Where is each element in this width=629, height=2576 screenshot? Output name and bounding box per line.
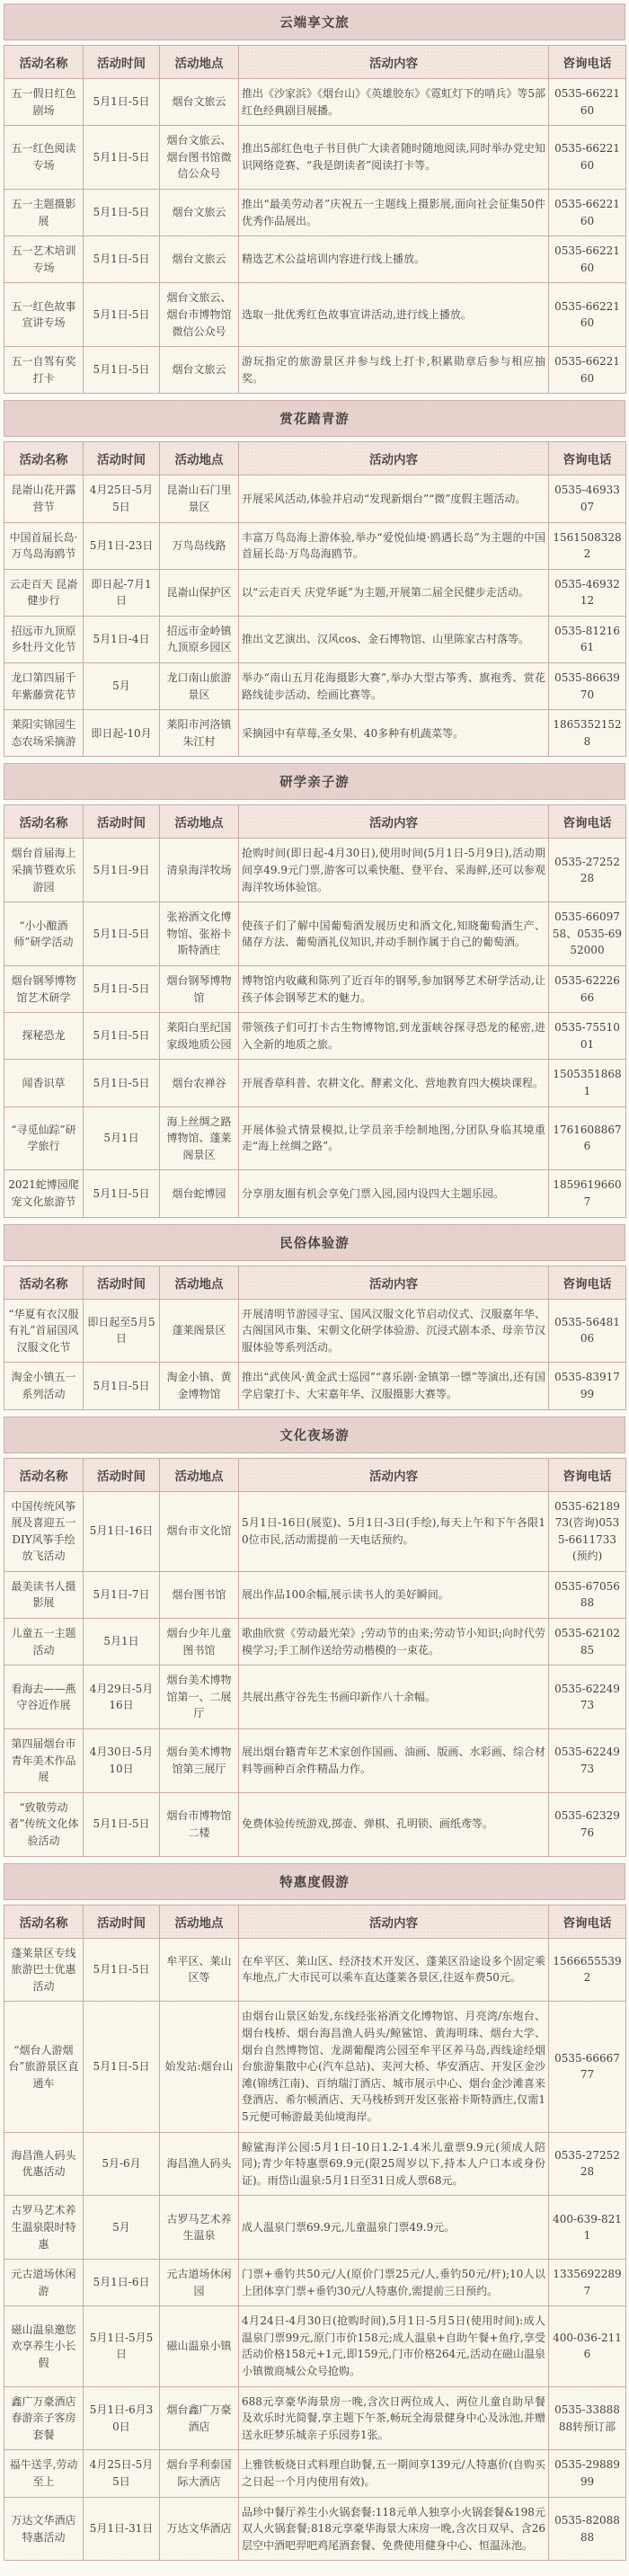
cell-activity-content: 游玩指定的旅游景区并参与线上打卡,积累勋章后参与相应抽奖。 <box>239 347 549 394</box>
cell-activity-content: 举办“南山五月花海摄影大赛”,举办大型古筝秀、旗袍秀、赏花路线徒步活动、绘画比赛… <box>239 663 549 710</box>
cell-phone: 0535-6622160 <box>549 189 626 235</box>
event-section: 文化夜场游活动名称活动时间活动地点活动内容咨询电话中国传统风筝展及喜迎五一DIY… <box>4 1417 625 1857</box>
cell-activity-time: 5月1日-5日 <box>84 1938 160 2002</box>
column-header-content: 活动内容 <box>239 46 549 79</box>
cell-activity-name: “致敬劳动者”传统文化体验活动 <box>4 1792 84 1856</box>
cell-phone: 0535-4693212 <box>549 569 626 616</box>
cell-activity-content: 4月24日-4月30日(抢购时间),5月1日-5月5日(使用时间):成人温泉门票… <box>239 2306 549 2386</box>
section-title: 文化夜场游 <box>4 1417 625 1453</box>
column-header-content: 活动内容 <box>239 1266 549 1299</box>
cell-activity-place: 烟台钢琴博物馆 <box>160 966 239 1013</box>
column-header-place: 活动地点 <box>160 1905 239 1938</box>
cell-activity-time: 5月1日-7日 <box>84 1571 160 1618</box>
cell-activity-content: 展出作品100余幅,展示读书人的美好瞬间。 <box>239 1571 549 1618</box>
cell-activity-content: 免费体验传统游戏,掷壶、弹棋、孔明锁、画纸鸢等。 <box>239 1792 549 1856</box>
cell-activity-name: 五一自驾有奖打卡 <box>4 347 84 394</box>
cell-activity-time: 5月-6月 <box>84 2132 160 2196</box>
cell-activity-place: 烟台美术博物馆第三展厅 <box>160 1729 239 1793</box>
cell-phone: 0535-8663970 <box>549 663 626 710</box>
event-row: 鑫广万豪酒店春游亲子客房套餐5月1日-6月30日烟台鑫广万豪酒店688元享豪华海… <box>4 2386 626 2450</box>
cell-activity-name: 昆嵛山花开露营节 <box>4 475 84 522</box>
cell-activity-time: 5月1日 <box>84 1106 160 1170</box>
column-header-phone: 咨询电话 <box>549 1458 626 1491</box>
cell-phone: 0535-6222666 <box>549 966 626 1013</box>
column-header-phone: 咨询电话 <box>549 46 626 79</box>
cell-activity-time: 5月1日-23日 <box>84 522 160 569</box>
event-row: 闻香识草5月1日-5日烟台农禅谷开展香草科普、农耕文化、酵素文化、营地教育四大模… <box>4 1060 626 1106</box>
cell-activity-name: 元古道场休闲游 <box>4 2260 84 2306</box>
cell-activity-name: 烟台首届海上采摘节暨欢乐游园 <box>4 839 84 902</box>
column-header-place: 活动地点 <box>160 46 239 79</box>
cell-phone: 0535-8121661 <box>549 616 626 662</box>
cell-phone: 15666555392 <box>549 1938 626 2002</box>
events-table: 活动名称活动时间活动地点活动内容咨询电话烟台首届海上采摘节暨欢乐游园5月1日-9… <box>4 804 626 1217</box>
cell-activity-content: 开展体验式情景模拟,让学员亲手绘制地图,分团队身临其境重走“海上丝绸之路”。 <box>239 1106 549 1170</box>
cell-activity-name: 五一红色故事宣讲专场 <box>4 283 84 347</box>
cell-activity-time: 5月1日-5日 <box>84 1170 160 1217</box>
cell-activity-content: 带领孩子们可打卡古生物博物馆,到龙蛋峡谷探寻恐龙的秘密,进入全新的地质之旅。 <box>239 1013 549 1060</box>
cell-activity-place: 烟台文旅云 <box>160 236 239 283</box>
cell-activity-time: 4月30日-5月10日 <box>84 1729 160 1793</box>
cell-activity-time: 5月1日-5日 <box>84 1363 160 1409</box>
cell-activity-name: 海昌渔人码头优惠活动 <box>4 2132 84 2196</box>
event-row: 万达文华酒店特惠活动5月1日-31日万达文华酒店品珍中餐厅养生小火锅套餐:118… <box>4 2497 626 2561</box>
cell-activity-place: 海昌渔人码头 <box>160 2132 239 2196</box>
column-header-row: 活动名称活动时间活动地点活动内容咨询电话 <box>4 46 626 79</box>
cell-activity-place: 烟台文旅云 <box>160 347 239 394</box>
cell-activity-time: 5月1日-6月30日 <box>84 2386 160 2450</box>
event-row: 福牛送孚,劳动至上4月25日-5月5日烟台孚利泰国际大酒店上雅铁板烧日式料理自助… <box>4 2450 626 2497</box>
cell-activity-place: 烟台市文化馆 <box>160 1491 239 1571</box>
event-section: 云端享文旅活动名称活动时间活动地点活动内容咨询电话五一假日红色剧场5月1日-5日… <box>4 4 625 394</box>
cell-phone: 0535-2725228 <box>549 839 626 902</box>
cell-activity-name: 五一假日红色剧场 <box>4 79 84 126</box>
section-title: 民俗体验游 <box>4 1224 625 1261</box>
cell-activity-time: 即日起至5月5日 <box>84 1299 160 1363</box>
cell-activity-place: 烟台文旅云、烟台市博物馆微信公众号 <box>160 283 239 347</box>
event-row: 五一艺术培训专场5月1日-5日烟台文旅云精选艺术公益培训内容进行线上播放。053… <box>4 236 626 283</box>
cell-phone: 0535-6622160 <box>549 347 626 394</box>
cell-activity-place: 烟台蛇博园 <box>160 1170 239 1217</box>
cell-activity-time: 5月 <box>84 663 160 710</box>
event-row: 五一主题摄影展5月1日-5日烟台文旅云推出“最美劳动者”庆祝五一主题线上摄影展,… <box>4 189 626 235</box>
cell-activity-content: 688元享豪华海景房一晚,含次日两位成人、两位儿童自助早餐及欢乐时光简餐,享主题… <box>239 2386 549 2450</box>
event-row: 蓬莱景区专线旅游巴士优惠活动5月1日-5日牟平区、莱山区等在牟平区、莱山区、经济… <box>4 1938 626 2002</box>
cell-activity-place: 蓬莱阁景区 <box>160 1299 239 1363</box>
event-row: “小小酿酒师”研学活动5月1日-5日张裕酒文化博物馆、张裕卡斯特酒庄使孩子们了解… <box>4 902 626 966</box>
event-row: 莱阳实锦园生态农场采摘游即日起-10月莱阳市河洛镇朱江村采摘园中有草莓,圣女果、… <box>4 710 626 757</box>
cell-activity-time: 5月 <box>84 2196 160 2260</box>
event-row: 昆嵛山花开露营节4月25日-5月5日昆嵛山石门里景区开展采风活动,体验并启动“发… <box>4 475 626 522</box>
cell-phone: 0535-6224973 <box>549 1666 626 1729</box>
cell-activity-place: 昆嵛山保护区 <box>160 569 239 616</box>
cell-phone: 0535-6210285 <box>549 1619 626 1666</box>
cell-activity-place: 烟台孚利泰国际大酒店 <box>160 2450 239 2497</box>
cell-activity-place: 烟台鑫广万豪酒店 <box>160 2386 239 2450</box>
column-header-phone: 咨询电话 <box>549 805 626 839</box>
cell-activity-time: 5月1日-9日 <box>84 839 160 902</box>
cell-activity-place: 烟台图书馆 <box>160 1571 239 1618</box>
event-row: 古罗马艺术养生温泉限时特惠5月古罗马艺术养生温泉成人温泉门票69.9元,儿童温泉… <box>4 2196 626 2260</box>
event-row: 五一自驾有奖打卡5月1日-5日烟台文旅云游玩指定的旅游景区并参与线上打卡,积累勋… <box>4 347 626 394</box>
cell-activity-place: 万鸟岛线路 <box>160 522 239 569</box>
cell-activity-name: 龙口第四届千年紫藤赏花节 <box>4 663 84 710</box>
cell-phone: 0535-6622160 <box>549 79 626 126</box>
cell-activity-place: 清泉海洋牧场 <box>160 839 239 902</box>
cell-activity-content: 在牟平区、莱山区、经济技术开发区、蓬莱区沿途设多个固定乘车地点,广大市民可以乘车… <box>239 1938 549 2002</box>
cell-activity-content: 推出5部红色电子书目供广大读者随时随地阅读,同时举办党史知识网络竞赛、“我是朗读… <box>239 126 549 190</box>
cell-phone: 0535-5648106 <box>549 1299 626 1363</box>
events-table: 活动名称活动时间活动地点活动内容咨询电话“华夏有衣汉服有礼”首届国风汉服文化节即… <box>4 1266 626 1410</box>
cell-activity-name: 淘金小镇五一系列活动 <box>4 1363 84 1409</box>
cell-phone: 18596196607 <box>549 1170 626 1217</box>
cell-activity-content: 品珍中餐厅养生小火锅套餐:118元单人独享小火锅套餐&198元双人火锅套餐;81… <box>239 2497 549 2561</box>
cell-activity-content: 推出文艺演出、汉风cos、金石博物馆、山里陈家古村落等。 <box>239 616 549 662</box>
cell-activity-content: 门票+垂钓共50元/人(原价门票25元/人,垂钓50元/杆);10人以上团体享门… <box>239 2260 549 2306</box>
event-section: 研学亲子游活动名称活动时间活动地点活动内容咨询电话烟台首届海上采摘节暨欢乐游园5… <box>4 763 625 1217</box>
column-header-name: 活动名称 <box>4 1905 84 1938</box>
cell-activity-time: 5月1日-5日 <box>84 1060 160 1106</box>
cell-activity-name: 福牛送孚,劳动至上 <box>4 2450 84 2497</box>
cell-activity-time: 5月1日-6日 <box>84 2260 160 2306</box>
cell-activity-place: 烟台农禅谷 <box>160 1060 239 1106</box>
event-row: 2021蛇博园爬宠文化旅游节5月1日-5日烟台蛇博园分享朋友圈有机会享免门票入园… <box>4 1170 626 1217</box>
column-header-name: 活动名称 <box>4 1458 84 1491</box>
cell-phone: 15053518681 <box>549 1060 626 1106</box>
event-row: 淘金小镇五一系列活动5月1日-5日淘金小镇、黄金博物馆推出“武侠风·黄金武士巡园… <box>4 1363 626 1409</box>
cell-activity-name: 探秘恐龙 <box>4 1013 84 1060</box>
cell-activity-content: 使孩子们了解中国葡萄酒发展历史和酒文化,知晓葡萄酒生产、储存方法、葡萄酒礼仪知识… <box>239 902 549 966</box>
cell-activity-name: “寻觅仙踪”研学旅行 <box>4 1106 84 1170</box>
cell-activity-name: 中国首届长岛·万鸟岛海鸥节 <box>4 522 84 569</box>
column-header-phone: 咨询电话 <box>549 1266 626 1299</box>
events-table: 活动名称活动时间活动地点活动内容咨询电话蓬莱景区专线旅游巴士优惠活动5月1日-5… <box>4 1905 626 2562</box>
cell-activity-place: 张裕酒文化博物馆、张裕卡斯特酒庄 <box>160 902 239 966</box>
cell-activity-place: 磁山温泉小镇 <box>160 2306 239 2386</box>
cell-activity-time: 4月29日-5月16日 <box>84 1666 160 1729</box>
cell-activity-content: 采摘园中有草莓,圣女果、40多种有机蔬菜等。 <box>239 710 549 757</box>
event-row: 烟台钢琴博物馆艺术研学5月1日-5日烟台钢琴博物馆博物馆内收藏和陈列了近百年的钢… <box>4 966 626 1013</box>
event-section: 民俗体验游活动名称活动时间活动地点活动内容咨询电话“华夏有衣汉服有礼”首届国风汉… <box>4 1224 625 1410</box>
cell-activity-place: 元古道场休闲园 <box>160 2260 239 2306</box>
cell-activity-time: 5月1日-5日 <box>84 236 160 283</box>
cell-phone: 0535-6232976 <box>549 1792 626 1856</box>
section-title: 研学亲子游 <box>4 763 625 800</box>
cell-activity-content: 推出《沙家浜》《烟台山》《英雄胶东》《霓虹灯下的哨兵》等5部红色经典剧目展播。 <box>239 79 549 126</box>
cell-activity-name: 烟台钢琴博物馆艺术研学 <box>4 966 84 1013</box>
cell-activity-time: 5月1日-5日 <box>84 283 160 347</box>
event-row: 五一红色阅读专场5月1日-5日烟台文旅云、烟台图书馆微信公众号推出5部红色电子书… <box>4 126 626 190</box>
cell-activity-name: 莱阳实锦园生态农场采摘游 <box>4 710 84 757</box>
cell-activity-content: 共展出燕守谷先生书画印新作八十余幅。 <box>239 1666 549 1729</box>
event-row: “致敬劳动者”传统文化体验活动5月1日-5日烟台市博物馆二楼免费体验传统游戏,掷… <box>4 1792 626 1856</box>
cell-activity-time: 5月1日-5日 <box>84 1792 160 1856</box>
cell-activity-name: 中国传统风筝展及喜迎五一DIY风筝手绘放飞活动 <box>4 1491 84 1571</box>
cell-activity-content: 推出“武侠风·黄金武士巡园”“喜乐剧·金镇第一镖”等演出,还有国学启蒙打卡、大宋… <box>239 1363 549 1409</box>
section-title: 云端享文旅 <box>4 4 625 40</box>
cell-activity-content: 鲸鲨海洋公园:5月1日-10日1.2-1.4米儿童票9.9元(须成人陪同);青少… <box>239 2132 549 2196</box>
cell-activity-name: 第四届烟台市青年美术作品展 <box>4 1729 84 1793</box>
cell-activity-content: 丰富万鸟岛海上游体验,举办“爱悦仙境·鸥遇长岛”为主题的中国首届长岛·万鸟岛海鸥… <box>239 522 549 569</box>
cell-activity-place: 烟台美术博物馆第一、二展厅 <box>160 1666 239 1729</box>
cell-activity-place: 烟台文旅云 <box>160 79 239 126</box>
cell-activity-time: 即日起-7月1日 <box>84 569 160 616</box>
column-header-phone: 咨询电话 <box>549 442 626 475</box>
events-table: 活动名称活动时间活动地点活动内容咨询电话五一假日红色剧场5月1日-5日烟台文旅云… <box>4 45 626 394</box>
cell-phone: 18653521528 <box>549 710 626 757</box>
column-header-row: 活动名称活动时间活动地点活动内容咨询电话 <box>4 442 626 475</box>
event-row: 看海去——燕守谷近作展4月29日-5月16日烟台美术博物馆第一、二展厅共展出燕守… <box>4 1666 626 1729</box>
column-header-content: 活动内容 <box>239 442 549 475</box>
cell-activity-time: 即日起-10月 <box>84 710 160 757</box>
column-header-content: 活动内容 <box>239 805 549 839</box>
cell-activity-time: 5月1日-16日 <box>84 1491 160 1571</box>
column-header-name: 活动名称 <box>4 805 84 839</box>
event-section: 特惠度假游活动名称活动时间活动地点活动内容咨询电话蓬莱景区专线旅游巴士优惠活动5… <box>4 1863 625 2562</box>
cell-phone: 0535-2725228 <box>549 2132 626 2196</box>
cell-activity-content: 开展清明节游园寻宝、国风汉服文化节启动仪式、汉服嘉年华、古阁国风市集、宋朝文化研… <box>239 1299 549 1363</box>
cell-activity-place: 古罗马艺术养生温泉 <box>160 2196 239 2260</box>
event-row: 儿童五一主题活动5月1日烟台少年儿童图书馆歌曲欣赏《劳动最光荣》;劳动节的由来;… <box>4 1619 626 1666</box>
column-header-place: 活动地点 <box>160 1458 239 1491</box>
column-header-time: 活动时间 <box>84 1458 160 1491</box>
cell-activity-place: 始发站:烟台山 <box>160 2002 239 2132</box>
cell-activity-time: 5月1日-5日 <box>84 347 160 394</box>
cell-activity-name: 2021蛇博园爬宠文化旅游节 <box>4 1170 84 1217</box>
column-header-row: 活动名称活动时间活动地点活动内容咨询电话 <box>4 1458 626 1491</box>
column-header-time: 活动时间 <box>84 805 160 839</box>
cell-activity-place: 万达文华酒店 <box>160 2497 239 2561</box>
cell-phone: 0535-2988999 <box>549 2450 626 2497</box>
cell-activity-name: 五一主题摄影展 <box>4 189 84 235</box>
cell-phone: 0535-6609758、0535-6952000 <box>549 902 626 966</box>
cell-phone: 0535-6224973 <box>549 1729 626 1793</box>
cell-activity-content: 抢购时间(即日起-4月30日),使用时间(5月1日-5月9日),活动期间享49.… <box>239 839 549 902</box>
cell-activity-content: 成人温泉门票69.9元,儿童温泉门票49.9元。 <box>239 2196 549 2260</box>
cell-activity-time: 5月1日-5日 <box>84 2002 160 2132</box>
cell-activity-time: 5月1日-5月5日 <box>84 2306 160 2386</box>
cell-activity-place: 莱阳白垩纪国家级地质公园 <box>160 1013 239 1060</box>
section-title: 特惠度假游 <box>4 1863 625 1900</box>
cell-phone: 15615083282 <box>549 522 626 569</box>
cell-activity-place: 招远市金岭镇九顶原乡园区 <box>160 616 239 662</box>
cell-activity-place: 牟平区、莱山区等 <box>160 1938 239 2002</box>
event-row: 烟台首届海上采摘节暨欢乐游园5月1日-9日清泉海洋牧场抢购时间(即日起-4月30… <box>4 839 626 902</box>
cell-activity-name: 万达文华酒店特惠活动 <box>4 2497 84 2561</box>
column-header-row: 活动名称活动时间活动地点活动内容咨询电话 <box>4 1266 626 1299</box>
events-table: 活动名称活动时间活动地点活动内容咨询电话中国传统风筝展及喜迎五一DIY风筝手绘放… <box>4 1458 626 1857</box>
column-header-phone: 咨询电话 <box>549 1905 626 1938</box>
cell-activity-place: 海上丝绸之路博物馆、蓬莱阁景区 <box>160 1106 239 1170</box>
cell-activity-name: “华夏有衣汉服有礼”首届国风汉服文化节 <box>4 1299 84 1363</box>
cell-activity-name: 看海去——燕守谷近作展 <box>4 1666 84 1729</box>
cell-phone: 400-036-2116 <box>549 2306 626 2386</box>
event-row: 五一假日红色剧场5月1日-5日烟台文旅云推出《沙家浜》《烟台山》《英雄胶东》《霓… <box>4 79 626 126</box>
event-row: “华夏有衣汉服有礼”首届国风汉服文化节即日起至5月5日蓬莱阁景区开展清明节游园寻… <box>4 1299 626 1363</box>
event-section: 赏花踏青游活动名称活动时间活动地点活动内容咨询电话昆嵛山花开露营节4月25日-5… <box>4 400 625 757</box>
cell-activity-time: 5月1日 <box>84 1619 160 1666</box>
event-row: 五一红色故事宣讲专场5月1日-5日烟台文旅云、烟台市博物馆微信公众号选取一批优秀… <box>4 283 626 347</box>
cell-activity-time: 4月25日-5月5日 <box>84 2450 160 2497</box>
cell-activity-place: 昆嵛山石门里景区 <box>160 475 239 522</box>
cell-activity-name: 磁山温泉邀您欢享养生小长假 <box>4 2306 84 2386</box>
cell-phone: 0535-6705688 <box>549 1571 626 1618</box>
cell-phone: 0535-6622160 <box>549 283 626 347</box>
cell-activity-name: 招远市九顶原乡牡丹文化节 <box>4 616 84 662</box>
event-row: 磁山温泉邀您欢享养生小长假5月1日-5月5日磁山温泉小镇4月24日-4月30日(… <box>4 2306 626 2386</box>
column-header-row: 活动名称活动时间活动地点活动内容咨询电话 <box>4 805 626 839</box>
column-header-content: 活动内容 <box>239 1905 549 1938</box>
cell-activity-name: 鑫广万豪酒店春游亲子客房套餐 <box>4 2386 84 2450</box>
column-header-name: 活动名称 <box>4 46 84 79</box>
cell-activity-content: 上雅铁板烧日式料理自助餐,五一期间享139元/人特惠价(自购买之日起一个月内使用… <box>239 2450 549 2497</box>
event-row: 龙口第四届千年紫藤赏花节5月龙口南山旅游景区举办“南山五月花海摄影大赛”,举办大… <box>4 663 626 710</box>
event-row: 云走百天 昆嵛健步行即日起-7月1日昆嵛山保护区以“云走百天 庆党华诞”为主题,… <box>4 569 626 616</box>
column-header-time: 活动时间 <box>84 1905 160 1938</box>
cell-activity-time: 5月1日-4日 <box>84 616 160 662</box>
column-header-content: 活动内容 <box>239 1458 549 1491</box>
cell-activity-place: 烟台少年儿童图书馆 <box>160 1619 239 1666</box>
event-row: “烟台人游烟台”旅游景区直通车5月1日-5日始发站:烟台山由烟台山景区始发,东线… <box>4 2002 626 2132</box>
event-row: 元古道场休闲游5月1日-6日元古道场休闲园门票+垂钓共50元/人(原价门票25元… <box>4 2260 626 2306</box>
column-header-time: 活动时间 <box>84 46 160 79</box>
event-row: 招远市九顶原乡牡丹文化节5月1日-4日招远市金岭镇九顶原乡园区推出文艺演出、汉风… <box>4 616 626 662</box>
cell-activity-content: 开展香草科普、农耕文化、酵素文化、营地教育四大模块课程。 <box>239 1060 549 1106</box>
event-row: 探秘恐龙5月1日-5日莱阳白垩纪国家级地质公园带领孩子们可打卡古生物博物馆,到龙… <box>4 1013 626 1060</box>
cell-activity-content: 5月1日-16日(展览)、5月1日-3日(手绘),每天上午和下午各限10位市民,… <box>239 1491 549 1571</box>
column-header-row: 活动名称活动时间活动地点活动内容咨询电话 <box>4 1905 626 1938</box>
cell-activity-time: 5月1日-31日 <box>84 2497 160 2561</box>
cell-activity-content: 推出“最美劳动者”庆祝五一主题线上摄影展,面向社会征集50件优秀作品展出。 <box>239 189 549 235</box>
cell-phone: 13356922897 <box>549 2260 626 2306</box>
cell-activity-content: 歌曲欣赏《劳动最光荣》;劳动节的由来;劳动节小知识;向时代劳模学习;手工制作送给… <box>239 1619 549 1666</box>
column-header-place: 活动地点 <box>160 442 239 475</box>
cell-activity-name: 最美读书人摄影展 <box>4 1571 84 1618</box>
column-header-time: 活动时间 <box>84 1266 160 1299</box>
event-row: 海昌渔人码头优惠活动5月-6月海昌渔人码头鲸鲨海洋公园:5月1日-10日1.2-… <box>4 2132 626 2196</box>
cell-activity-time: 5月1日-5日 <box>84 966 160 1013</box>
column-header-name: 活动名称 <box>4 442 84 475</box>
cell-activity-time: 5月1日-5日 <box>84 189 160 235</box>
cell-activity-place: 烟台文旅云 <box>160 189 239 235</box>
cell-activity-place: 莱阳市河洛镇朱江村 <box>160 710 239 757</box>
cell-phone: 0535-3388888转预订部 <box>549 2386 626 2450</box>
column-header-place: 活动地点 <box>160 1266 239 1299</box>
cell-activity-content: 博物馆内收藏和陈列了近百年的钢琴,参加钢琴艺术研学活动,让孩子体会钢琴艺术的魅力… <box>239 966 549 1013</box>
column-header-place: 活动地点 <box>160 805 239 839</box>
events-document: 云端享文旅活动名称活动时间活动地点活动内容咨询电话五一假日红色剧场5月1日-5日… <box>0 0 629 2576</box>
cell-activity-content: 选取一批优秀红色故事宣讲活动,进行线上播放。 <box>239 283 549 347</box>
cell-phone: 0535-6622160 <box>549 126 626 190</box>
cell-phone: 0535-8208888 <box>549 2497 626 2561</box>
cell-activity-name: 蓬莱景区专线旅游巴士优惠活动 <box>4 1938 84 2002</box>
cell-activity-name: 古罗马艺术养生温泉限时特惠 <box>4 2196 84 2260</box>
cell-activity-content: 以“云走百天 庆党华诞”为主题,开展第二届全民健步走活动。 <box>239 569 549 616</box>
cell-activity-time: 5月1日-5日 <box>84 79 160 126</box>
cell-activity-name: 云走百天 昆嵛健步行 <box>4 569 84 616</box>
cell-activity-name: 闻香识草 <box>4 1060 84 1106</box>
cell-activity-name: 五一艺术培训专场 <box>4 236 84 283</box>
section-title: 赏花踏青游 <box>4 400 625 437</box>
cell-phone: 0535-7551001 <box>549 1013 626 1060</box>
cell-phone: 0535-6666777 <box>549 2002 626 2132</box>
cell-activity-name: 儿童五一主题活动 <box>4 1619 84 1666</box>
column-header-name: 活动名称 <box>4 1266 84 1299</box>
cell-activity-time: 4月25日-5月5日 <box>84 475 160 522</box>
cell-activity-time: 5月1日-5日 <box>84 902 160 966</box>
cell-phone: 0535-4693307 <box>549 475 626 522</box>
cell-activity-name: “烟台人游烟台”旅游景区直通车 <box>4 2002 84 2132</box>
cell-activity-content: 分享朋友圈有机会享免门票入园,园内设四大主题乐园。 <box>239 1170 549 1217</box>
cell-activity-place: 烟台文旅云、烟台图书馆微信公众号 <box>160 126 239 190</box>
cell-activity-name: “小小酿酒师”研学活动 <box>4 902 84 966</box>
cell-phone: 0535-6218973(咨询)0535-6611733(预约) <box>549 1491 626 1571</box>
column-header-time: 活动时间 <box>84 442 160 475</box>
event-row: 第四届烟台市青年美术作品展4月30日-5月10日烟台美术博物馆第三展厅展出烟台籍… <box>4 1729 626 1793</box>
event-row: 中国首届长岛·万鸟岛海鸥节5月1日-23日万鸟岛线路丰富万鸟岛海上游体验,举办“… <box>4 522 626 569</box>
cell-activity-time: 5月1日-5日 <box>84 1013 160 1060</box>
cell-activity-content: 由烟台山景区始发,东线经张裕酒文化博物馆、月亮湾/东炮台、烟台栈桥、烟台海昌渔人… <box>239 2002 549 2132</box>
event-row: “寻觅仙踪”研学旅行5月1日海上丝绸之路博物馆、蓬莱阁景区开展体验式情景模拟,让… <box>4 1106 626 1170</box>
cell-activity-name: 五一红色阅读专场 <box>4 126 84 190</box>
cell-phone: 0535-6622160 <box>549 236 626 283</box>
cell-phone: 17616088676 <box>549 1106 626 1170</box>
cell-activity-time: 5月1日-5日 <box>84 126 160 190</box>
events-table: 活动名称活动时间活动地点活动内容咨询电话昆嵛山花开露营节4月25日-5月5日昆嵛… <box>4 441 626 757</box>
event-row: 中国传统风筝展及喜迎五一DIY风筝手绘放飞活动5月1日-16日烟台市文化馆5月1… <box>4 1491 626 1571</box>
cell-activity-place: 烟台市博物馆二楼 <box>160 1792 239 1856</box>
cell-activity-place: 龙口南山旅游景区 <box>160 663 239 710</box>
cell-activity-content: 开展采风活动,体验并启动“发现新烟台”“微”度假主题活动。 <box>239 475 549 522</box>
cell-activity-place: 淘金小镇、黄金博物馆 <box>160 1363 239 1409</box>
cell-activity-content: 精选艺术公益培训内容进行线上播放。 <box>239 236 549 283</box>
cell-phone: 0535-8391799 <box>549 1363 626 1409</box>
event-row: 最美读书人摄影展5月1日-7日烟台图书馆展出作品100余幅,展示读书人的美好瞬间… <box>4 1571 626 1618</box>
cell-phone: 400-639-8211 <box>549 2196 626 2260</box>
cell-activity-content: 展出烟台籍青年艺术家创作国画、油画、版画、水彩画、综合材料等画种百余件精品力作。 <box>239 1729 549 1793</box>
